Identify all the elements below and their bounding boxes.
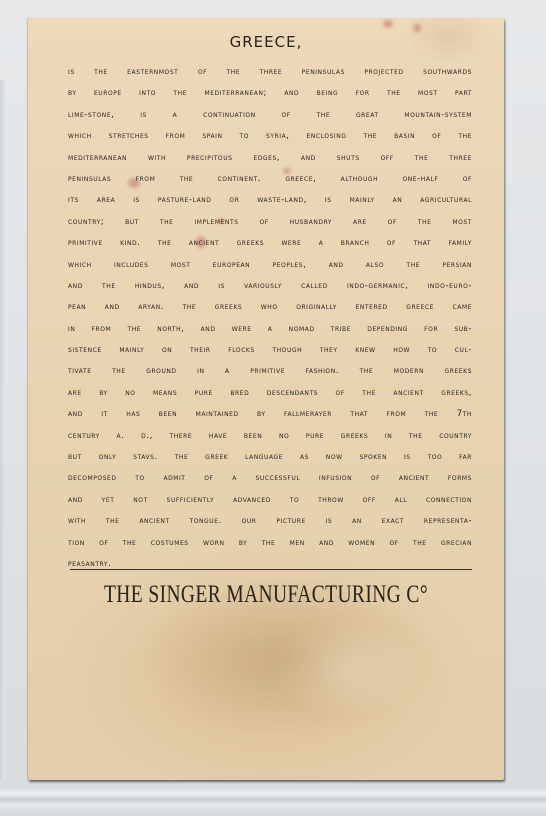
- text-line: its area is pasture-land or waste-land, …: [68, 190, 472, 211]
- text-line: peninsulas from the continent. Greece, a…: [68, 169, 472, 190]
- red-stain: [413, 24, 421, 32]
- text-line: and it has been maintained by Fallmeraye…: [68, 404, 472, 425]
- red-stain: [383, 20, 393, 28]
- text-line: primitive kind. The ancient Greeks were …: [68, 233, 472, 254]
- scan-left-edge: [0, 80, 6, 780]
- card-title: GREECE,: [28, 33, 504, 51]
- text-line: century A. D., there have been no pure G…: [68, 426, 472, 447]
- text-line: which includes most European peoples, an…: [68, 255, 472, 276]
- divider-rule: [70, 569, 472, 570]
- text-line: pean and Aryan. The Greeks who originall…: [68, 297, 472, 318]
- text-line: but only Stavs. The Greek language as no…: [68, 447, 472, 468]
- text-line: are by no means pure bred descendants of…: [68, 383, 472, 404]
- scan-bottom-edge: [0, 786, 546, 816]
- text-line: with the ancient tongue. Our picture is …: [68, 511, 472, 532]
- text-line: tivate the ground in a primitive fashion…: [68, 361, 472, 382]
- card-body-text: is the easternmost of the three peninsul…: [68, 62, 472, 575]
- text-line: tion of the costumes worn by the men and…: [68, 533, 472, 554]
- text-line: is the easternmost of the three peninsul…: [68, 62, 472, 83]
- text-line: and yet not sufficiently advanced to thr…: [68, 490, 472, 511]
- text-line: peasantry.: [68, 554, 472, 575]
- text-line: in from the north, and were a nomad trib…: [68, 319, 472, 340]
- text-line: country; but the implements of husbandry…: [68, 212, 472, 233]
- text-line: which stretches from Spain to Syria, enc…: [68, 126, 472, 147]
- text-line: Mediterranean with precipitous edges, an…: [68, 148, 472, 169]
- company-imprint: THE SINGER MANUFACTURING C°: [80, 581, 451, 609]
- text-line: by Europe into the Mediterranean; and be…: [68, 83, 472, 104]
- trade-card: GREECE, is the easternmost of the three …: [28, 18, 504, 780]
- text-line: lime-stone, is a continuation of the gre…: [68, 105, 472, 126]
- text-line: and the Hindus, and is variously called …: [68, 276, 472, 297]
- text-line: decomposed to admit of a successful infu…: [68, 468, 472, 489]
- text-line: sistence mainly on their flocks though t…: [68, 340, 472, 361]
